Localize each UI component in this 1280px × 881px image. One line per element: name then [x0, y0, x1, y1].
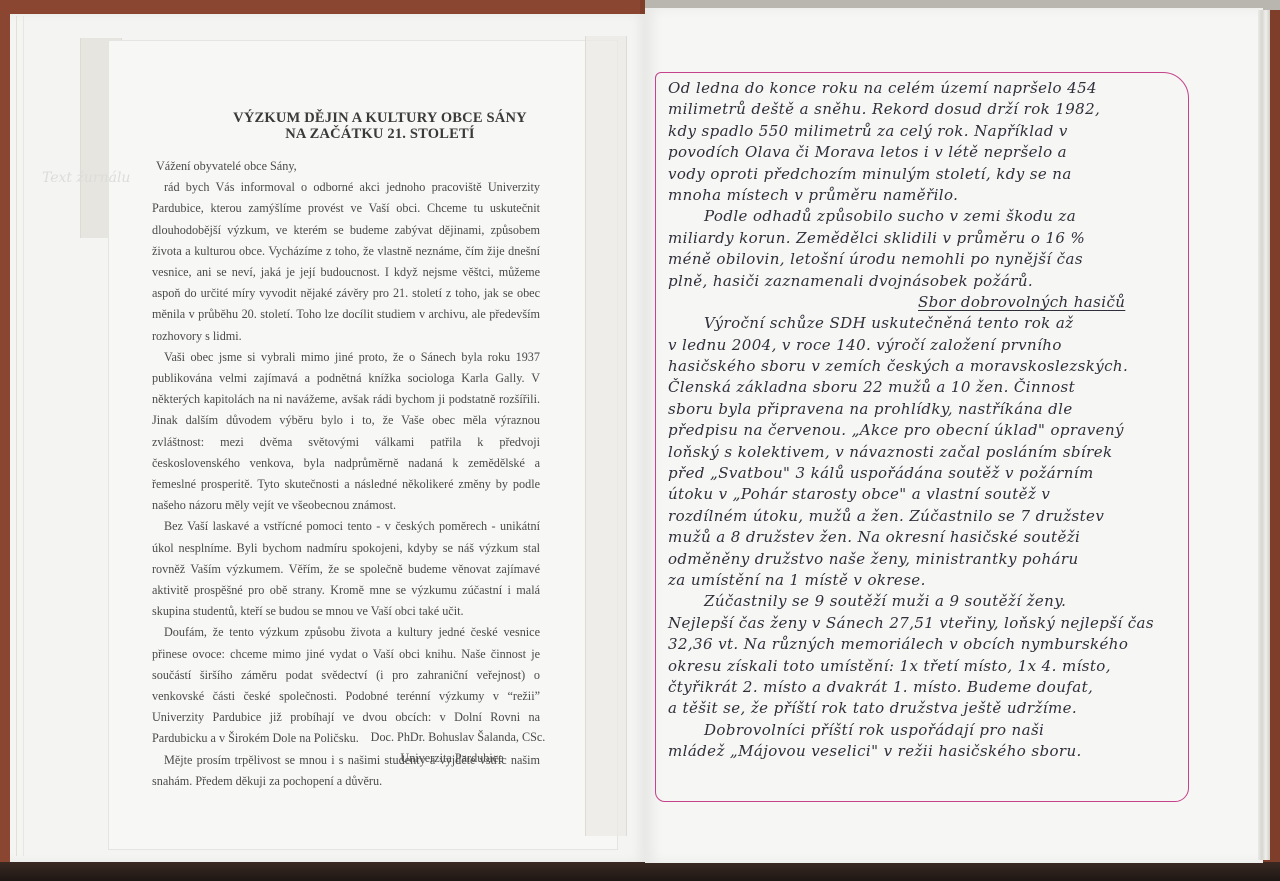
handwritten-line: mužů a 8 družstev žen. Na okresní hasičs…	[668, 527, 1188, 548]
handwritten-line: čtyřikrát 2. místo a dvakrát 1. místo. B…	[668, 677, 1188, 698]
title-line-2: NA ZAČÁTKU 21. STOLETÍ	[150, 126, 610, 142]
salutation: Vážení obyvatelé obce Sány,	[156, 156, 540, 177]
handwritten-line: okresu získali toto umístění: 1x třetí m…	[668, 656, 1188, 677]
right-page-stack-edge	[1258, 10, 1270, 860]
handwritten-line: loňský s kolektivem, v návaznosti začal …	[668, 442, 1188, 463]
paragraph: Vaši obec jsme si vybrali mimo jiné prot…	[152, 347, 540, 517]
handwritten-line: miliardy korun. Zemědělci sklidili v prů…	[668, 228, 1188, 249]
handwritten-chronicle-text: Od ledna do konce roku na celém území na…	[668, 78, 1188, 763]
handwritten-line: Členská základna sboru 22 mužů a 10 žen.…	[668, 377, 1188, 398]
letter-body: Vážení obyvatelé obce Sány, rád bych Vás…	[152, 156, 540, 792]
handwritten-line: mládež „Májovou veselici" v režii hasičs…	[668, 741, 1188, 762]
handwritten-line: Dobrovolníci příští rok uspořádají pro n…	[668, 720, 1188, 741]
paragraph: rád bych Vás informoval o odborné akci j…	[152, 177, 540, 347]
handwritten-line: vody oproti předchozím minulým století, …	[668, 164, 1188, 185]
handwritten-line: sboru byla připravena na prohlídky, nast…	[668, 399, 1188, 420]
handwritten-line: Zúčastnily se 9 soutěží muži a 9 soutěží…	[668, 591, 1188, 612]
handwritten-line: Nejlepší čas ženy v Sánech 27,51 vteřiny…	[668, 613, 1188, 634]
adhesive-tape	[585, 36, 627, 836]
handwritten-line: mnoha místech v průměru naměřilo.	[668, 185, 1188, 206]
handwritten-line: plně, hasiči zaznamenali dvojnásobek pož…	[668, 271, 1188, 292]
handwritten-line: 32,36 vt. Na různých memoriálech v obcíc…	[668, 634, 1188, 655]
paragraph: Bez Vaší laskavé a vstřícné pomoci tento…	[152, 516, 540, 622]
handwritten-line: za umístění na 1 místě v okrese.	[668, 570, 1188, 591]
left-page-stack-edge	[16, 16, 24, 856]
letter-title: VÝZKUM DĚJIN A KULTURY OBCE SÁNY NA ZAČÁ…	[150, 110, 610, 142]
handwritten-line: odměněny družstvo naše ženy, ministrantk…	[668, 549, 1188, 570]
handwritten-line: Podle odhadů způsobilo sucho v zemi škod…	[668, 206, 1188, 227]
signature-name: Doc. PhDr. Bohuslav Šalanda, CSc.	[358, 730, 558, 745]
handwritten-line: před „Svatbou" 3 kálů uspořádána soutěž …	[668, 463, 1188, 484]
handwritten-line: milimetrů deště a sněhu. Rekord dosud dr…	[668, 99, 1188, 120]
handwritten-line: rozdílném útoku, mužů a žen. Zúčastnilo …	[668, 506, 1188, 527]
title-line-1: VÝZKUM DĚJIN A KULTURY OBCE SÁNY	[150, 110, 610, 126]
faint-margin-note: Text žurnálu	[42, 170, 130, 186]
handwritten-line: Od ledna do konce roku na celém území na…	[668, 78, 1188, 99]
handwritten-line: méně obilovin, letošní úrodu nemohli po …	[668, 249, 1188, 270]
handwritten-line: hasičského sboru v zemích českých a mora…	[668, 356, 1188, 377]
handwritten-line: povodích Olava či Morava letos i v létě …	[668, 142, 1188, 163]
handwritten-line: Výroční schůze SDH uskutečněná tento rok…	[668, 313, 1188, 334]
handwritten-line: útoku v „Pohár starosty obce" a vlastní …	[668, 484, 1188, 505]
handwritten-line: v lednu 2004, v roce 140. výročí založen…	[668, 335, 1188, 356]
table-shadow	[0, 862, 1280, 881]
handwritten-line: předpisu na červenou. „Akce pro obecní ú…	[668, 420, 1188, 441]
handwritten-line: a těšit se, že příští rok tato družstva …	[668, 698, 1188, 719]
section-heading: Sbor dobrovolných hasičů	[668, 292, 1188, 313]
handwritten-line: kdy spadlo 550 milimetrů za celý rok. Na…	[668, 121, 1188, 142]
signature-affiliation: Univerzita Pardubice	[352, 751, 552, 766]
